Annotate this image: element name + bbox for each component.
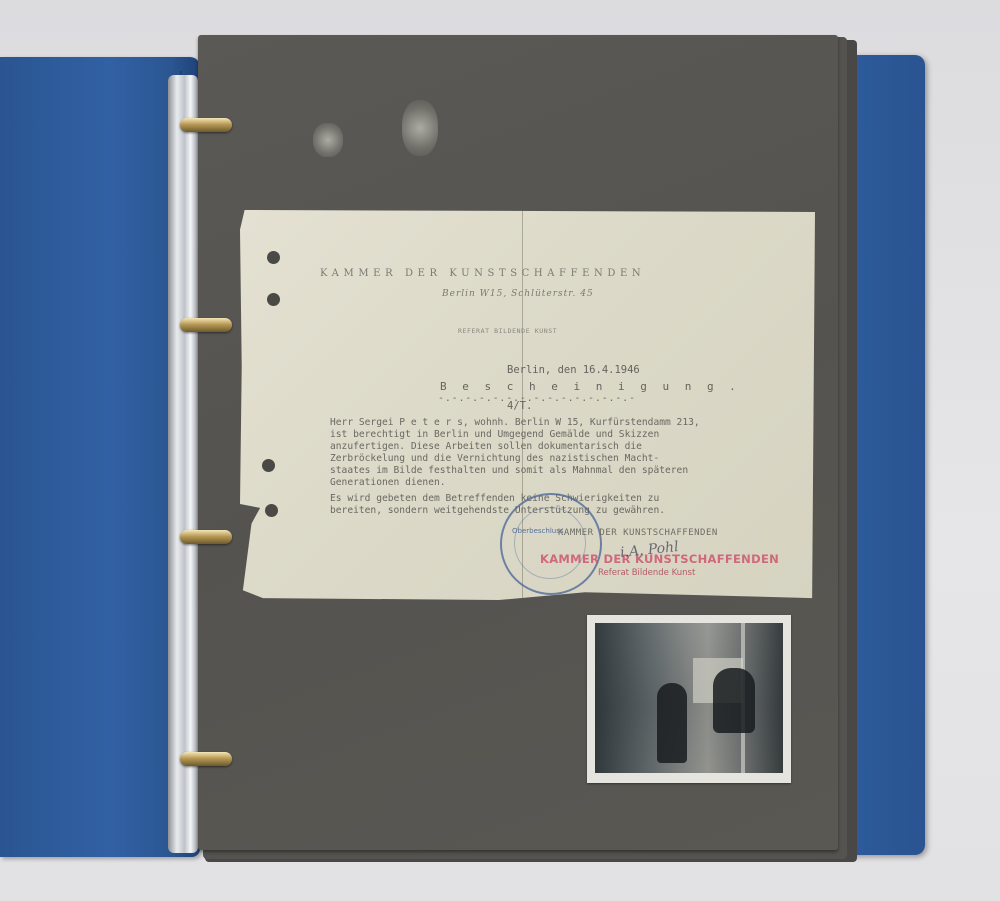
photo-standing-figure bbox=[657, 683, 687, 763]
binder-ring[interactable] bbox=[180, 530, 232, 544]
punch-hole bbox=[262, 459, 275, 472]
glue-mark bbox=[402, 100, 438, 156]
photo-image bbox=[595, 623, 783, 773]
body-paragraph-1: Herr Sergei P e t e r s, wohnh. Berlin W… bbox=[330, 417, 800, 489]
punch-hole bbox=[265, 504, 278, 517]
red-stamp-subtitle: Referat Bildende Kunst bbox=[598, 568, 695, 578]
round-stamp bbox=[500, 493, 602, 595]
certificate-document: KAMMER DER KUNSTSCHAFFENDEN Berlin W15, … bbox=[240, 210, 815, 602]
date: Berlin, den 16.4.1946 bbox=[507, 364, 640, 376]
document-heading: B e s c h e i n i g u n g . bbox=[440, 380, 740, 393]
org-title: KAMMER DER KUNSTSCHAFFENDEN bbox=[320, 268, 645, 279]
glue-mark bbox=[313, 123, 343, 157]
org-address: Berlin W15, Schlüterstr. 45 bbox=[442, 289, 594, 299]
typed-signature-block: KAMMER DER KUNSTSCHAFFENDEN bbox=[558, 528, 718, 538]
binder-ring[interactable] bbox=[180, 318, 232, 332]
binder-ring[interactable] bbox=[180, 752, 232, 766]
punch-hole bbox=[267, 251, 280, 264]
binder-ring[interactable] bbox=[180, 118, 232, 132]
heading-underline: -.-.-.-.-.-.-.-.-.-.-.-.-.-.- bbox=[438, 393, 636, 404]
department-line: REFERAT BILDENDE KUNST bbox=[458, 327, 557, 335]
vintage-photograph bbox=[587, 615, 791, 783]
stamp-blue-text: Oberbeschluss bbox=[512, 527, 564, 535]
punch-hole bbox=[267, 293, 280, 306]
photo-seated-figure bbox=[713, 668, 755, 733]
ring-mechanism bbox=[168, 75, 198, 853]
